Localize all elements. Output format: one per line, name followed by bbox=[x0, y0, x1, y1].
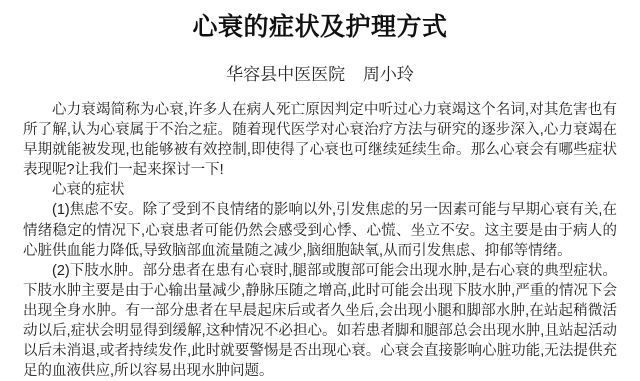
byline-organization: 华容县中医医院 bbox=[226, 65, 345, 84]
article-body: 心力衰竭简称为心衰,许多人在病人死亡原因判定中听过心力衰竭这个名词,对其危害也有… bbox=[23, 100, 617, 381]
section-heading-symptoms: 心衰的症状 bbox=[23, 180, 617, 200]
byline-author: 周小玲 bbox=[363, 65, 414, 84]
article-page: 心衰的症状及护理方式 华容县中医医院周小玲 心力衰竭简称为心衰,许多人在病人死亡… bbox=[0, 0, 640, 381]
byline: 华容县中医医院周小玲 bbox=[23, 65, 617, 85]
paragraph-symptom-edema: (2)下肢水肿。部分患者在患有心衰时,腿部或腹部可能会出现水肿,是右心衰的典型症… bbox=[23, 261, 617, 381]
paragraph-intro: 心力衰竭简称为心衰,许多人在病人死亡原因判定中听过心力衰竭这个名词,对其危害也有… bbox=[23, 100, 617, 180]
paragraph-symptom-anxiety: (1)焦虑不安。除了受到不良情绪的影响以外,引发焦虑的另一因素可能与早期心衰有关… bbox=[23, 200, 617, 260]
article-title: 心衰的症状及护理方式 bbox=[23, 0, 617, 42]
